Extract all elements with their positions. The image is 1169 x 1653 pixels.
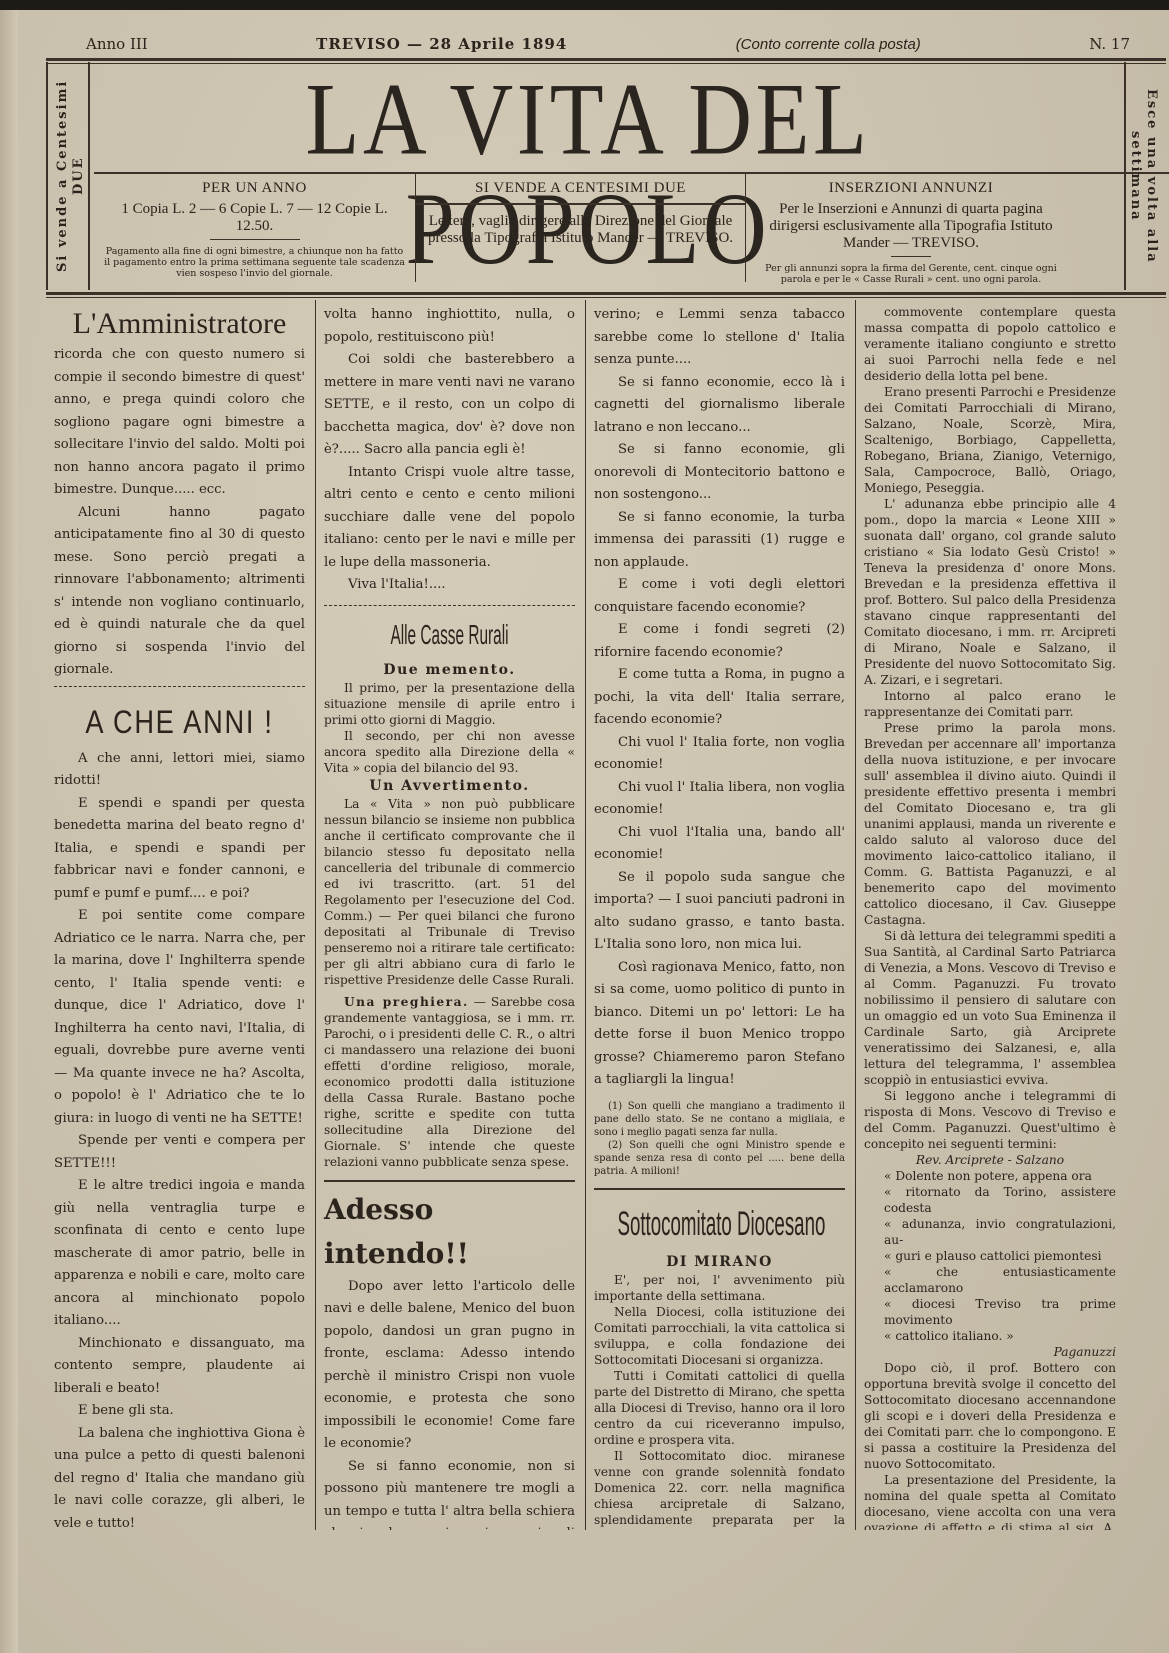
paragraph: Erano presenti Parrochi e Presidenze dei… — [864, 384, 1116, 496]
paragraph: E bene gli sta. — [54, 1400, 305, 1423]
telegram-signature: Paganuzzi — [864, 1344, 1116, 1360]
sottocomitato-body: DI MIRANO E', per noi, l' avvenimento pi… — [594, 1252, 845, 1531]
paragraph: Chi vuol l' Italia forte, non voglia eco… — [594, 732, 845, 777]
column-3: verino; e Lemmi senza tabacco sarebbe co… — [586, 300, 856, 1530]
casse-rurali-body: Due memento. Il primo, per la presentazi… — [324, 660, 575, 1170]
masthead: Si vende a Centesimi DUE LA VITA DEL POP… — [46, 62, 1166, 290]
paragraph: Nella Diocesi, colla istituzione dei Com… — [594, 1304, 845, 1368]
paragraph: Spende per venti e compera per SETTE!!! — [54, 1130, 305, 1175]
paragraph: Se si fanno economie, non si possono più… — [324, 1456, 575, 1531]
newspaper-title: LA VITA DEL POPOLO — [147, 65, 1029, 174]
paragraph: Chi vuol l' Italia libera, non voglia ec… — [594, 777, 845, 822]
telegram-line: « ritornato da Torino, assistere codesta — [884, 1184, 1116, 1216]
paragraph: Il secondo, per chi non avesse ancora sp… — [324, 728, 575, 776]
article-heading-casse-rurali: Alle Casse Rurali — [380, 610, 518, 660]
subheading: Due memento. — [324, 660, 575, 680]
article-columns: L'Amministratore ricorda che con questo … — [46, 300, 1166, 1530]
letters-note: Lettere, vaglia dirigere alla Direzione … — [424, 213, 737, 247]
divider — [891, 256, 931, 257]
sottocomitato-continued: commovente contemplare questa massa comp… — [864, 304, 1116, 1530]
bottom-margin — [46, 1540, 1166, 1640]
paragraph: Si leggono anche i telegrammi di rispost… — [864, 1088, 1116, 1152]
paragraph: Intorno al palco erano le rappresentanze… — [864, 688, 1116, 720]
telegram-text: « Dolente non potere, appena ora « ritor… — [864, 1168, 1116, 1344]
paragraph: E come i voti degli elettori conquistare… — [594, 574, 845, 619]
divider — [416, 203, 745, 205]
paragraph: La presentazione del Presidente, la nomi… — [864, 1472, 1116, 1530]
side-note-right: Esce una volta alla settimana — [1124, 62, 1160, 290]
masthead-bottom-rule — [46, 292, 1166, 298]
paragraph: La « Vita » non può pubblicare nessun bi… — [324, 796, 575, 988]
paragraph: Così ragionava Menico, fatto, non si sa … — [594, 957, 845, 1092]
divider — [54, 686, 305, 692]
paragraph: Dopo aver letto l'articolo delle navi e … — [324, 1276, 575, 1456]
telegram-line: « diocesi Treviso tra prime movimento — [884, 1296, 1116, 1328]
paragraph: Il Sottocomitato dioc. miranese venne co… — [594, 1448, 845, 1531]
paragraph: commovente contemplare questa massa comp… — [864, 304, 1116, 384]
paragraph: Viva l'Italia!.... — [324, 574, 575, 597]
telegram-line: « adunanza, invio congratulazioni, au- — [884, 1216, 1116, 1248]
footnote: (1) Son quelli che mangiano a tradimento… — [594, 1100, 845, 1139]
divider — [594, 1188, 845, 1190]
paragraph: Coi soldi che basterebbero a mettere in … — [324, 349, 575, 462]
paragraph: Chi vuol l'Italia una, bando all' econom… — [594, 822, 845, 867]
ads-note: Per gli annunzi sopra la firma del Geren… — [754, 263, 1068, 285]
dateline-bar: Anno III TREVISO — 28 Aprile 1894 (Conto… — [46, 30, 1166, 58]
paragraph: Se si fanno economie, ecco là i cagnetti… — [594, 372, 845, 440]
telegram-line: « guri e plauso cattolici piemontesi — [884, 1248, 1116, 1264]
divider — [324, 1180, 575, 1182]
footnotes: (1) Son quelli che mangiano a tradimento… — [594, 1100, 845, 1178]
paragraph: Il primo, per la presentazione della sit… — [324, 680, 575, 728]
paragraph: E poi sentite come compare Adriatico ce … — [54, 905, 305, 1130]
paragraph: A che anni, lettori miei, siamo ridotti! — [54, 748, 305, 793]
anno-label: Anno III — [86, 35, 148, 53]
paragraph: Se si fanno economie, gli onorevoli di M… — [594, 439, 845, 507]
paragraph: Una preghiera. — Sarebbe cosa grandement… — [324, 994, 575, 1170]
subheading: Un Avvertimento. — [324, 776, 575, 796]
paragraph: E', per noi, l' avvenimento più importan… — [594, 1272, 845, 1304]
telegram-line: « Dolente non potere, appena ora — [884, 1168, 1116, 1184]
paragraph: Alcuni hanno pagato anticipatamente fino… — [54, 502, 305, 682]
column-1: L'Amministratore ricorda che con questo … — [46, 300, 316, 1530]
side-note-left: Si vende a Centesimi DUE — [54, 62, 90, 290]
footnote: (2) Son quelli che ogni Ministro spende … — [594, 1139, 845, 1178]
paragraph: E come tutta a Roma, in pugno a pochi, l… — [594, 664, 845, 732]
paragraph: Dopo ciò, il prof. Bottero con opportuna… — [864, 1360, 1116, 1472]
paragraph: ricorda che con questo numero si compie … — [54, 344, 305, 502]
telegram-line: « cattolico italiano. » — [884, 1328, 1116, 1344]
payment-note: Pagamento alla fine di ogni bimestre, a … — [102, 246, 407, 279]
paragraph: L' adunanza ebbe principio alle 4 pom., … — [864, 496, 1116, 688]
article-heading-a-che-anni: A CHE ANNI ! — [73, 696, 286, 748]
masthead-info-row: PER UN ANNO 1 Copia L. 2 — 6 Copie L. 7 … — [94, 172, 1169, 282]
ads-body: Per le Inserzioni e Annunzi di quarta pa… — [754, 201, 1068, 252]
date-line: TREVISO — 28 Aprile 1894 — [316, 35, 567, 53]
paragraph: Se si fanno economie, la turba immensa d… — [594, 507, 845, 575]
paragraph: E le altre tredici ingoia e manda giù ne… — [54, 1175, 305, 1333]
subscription-heading: PER UN ANNO — [102, 180, 407, 197]
paragraph: La balena che inghiottiva Giona è una pu… — [54, 1423, 305, 1531]
paragraph: Prese primo la parola mons. Brevedan per… — [864, 720, 1116, 928]
subscription-prices: 1 Copia L. 2 — 6 Copie L. 7 — 12 Copie L… — [102, 201, 407, 235]
article-heading-sottocomitato: Sottocomitato Diocesano — [617, 1196, 821, 1252]
paragraph: Intanto Crispi vuole altre tasse, altri … — [324, 462, 575, 575]
column-4: commovente contemplare questa massa comp… — [856, 300, 1126, 1530]
column-2: volta hanno inghiottito, nulla, o popolo… — [316, 300, 586, 1530]
ads-box: INSERZIONI ANNUNZI Per le Inserzioni e A… — [746, 174, 1076, 282]
sale-heading: SI VENDE A CENTESIMI DUE — [424, 180, 737, 197]
sale-box: SI VENDE A CENTESIMI DUE Lettere, vaglia… — [416, 174, 746, 282]
ads-heading: INSERZIONI ANNUNZI — [754, 180, 1068, 197]
subheading: DI MIRANO — [594, 1252, 845, 1272]
paragraph: E come i fondi segreti (2) rifornire fac… — [594, 619, 845, 664]
divider — [324, 605, 575, 606]
conto-note: (Conto corrente colla posta) — [736, 36, 921, 53]
telegram-address: Rev. Arciprete - Salzano — [864, 1152, 1116, 1168]
paragraph: Si dà lettura dei telegrammi spediti a S… — [864, 928, 1116, 1088]
inline-heading: Una preghiera. — [344, 995, 469, 1009]
paragraph: volta hanno inghiottito, nulla, o popolo… — [324, 304, 575, 349]
article-heading-adesso-intendo: Adesso intendo!! — [324, 1188, 575, 1276]
paragraph-text: — Sarebbe cosa grandemente vantaggiosa, … — [324, 995, 575, 1169]
paragraph: verino; e Lemmi senza tabacco sarebbe co… — [594, 304, 845, 372]
paragraph: E spendi e spandi per questa benedetta m… — [54, 793, 305, 906]
paragraph: Minchionato e dissanguato, ma contento s… — [54, 1333, 305, 1401]
divider — [210, 239, 300, 240]
subscription-box: PER UN ANNO 1 Copia L. 2 — 6 Copie L. 7 … — [94, 174, 416, 282]
telegram-line: « che entusiasticamente acclamarono — [884, 1264, 1116, 1296]
administrator-heading: L'Amministratore — [54, 304, 305, 344]
issue-number: N. 17 — [1089, 35, 1130, 53]
paragraph: Tutti i Comitati cattolici di quella par… — [594, 1368, 845, 1448]
paragraph: Se il popolo suda sangue che importa? — … — [594, 867, 845, 957]
